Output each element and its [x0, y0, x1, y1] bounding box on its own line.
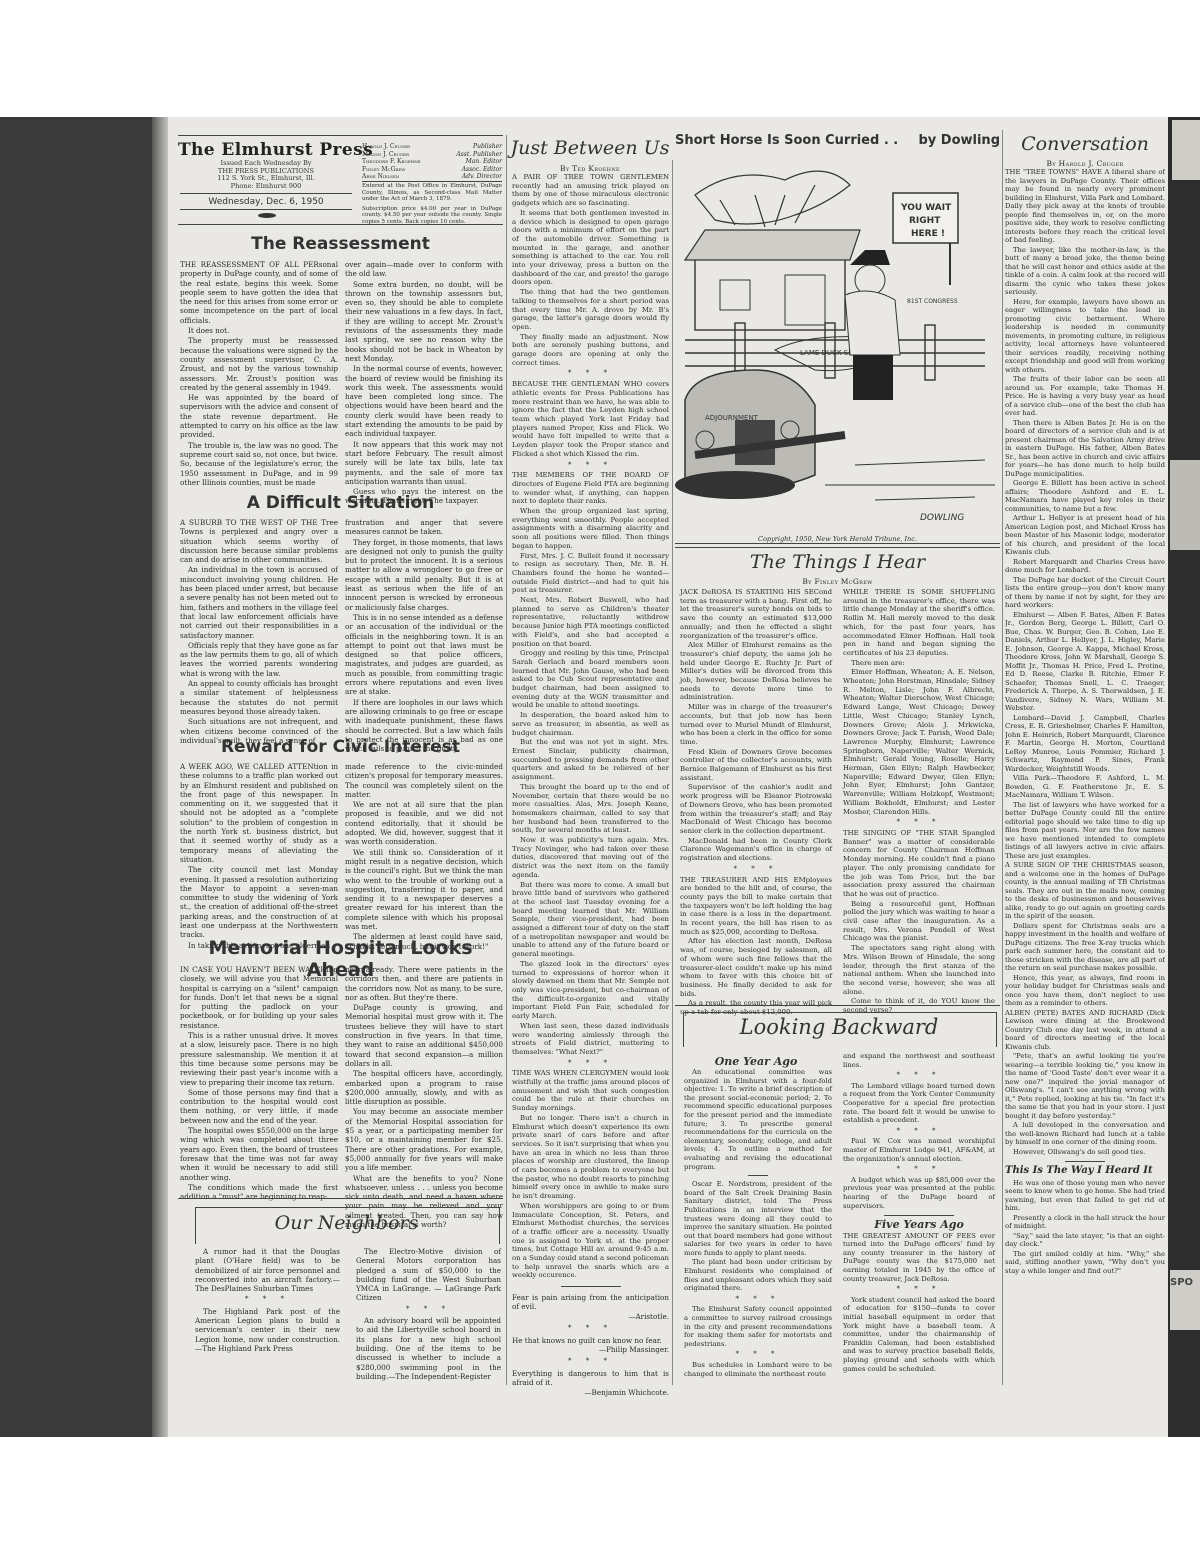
editorial-cartoon-illustration: LAME DUCK SESSION YOU WAIT RIGHT HERE ! …: [675, 155, 1000, 535]
article-reassessment-col1: THE REASSESSMENT OF ALL PERsonal propert…: [180, 260, 338, 488]
cartoon-copyright: Copyright, 1950, New York Herald Tribune…: [675, 535, 1000, 543]
section-rule: [675, 1005, 1000, 1006]
looking-backward-col1: An educational committee was organized i…: [684, 1068, 832, 1379]
issue-date: Wednesday, Dec. 6, 1950: [180, 197, 352, 207]
headline-our-neighbors: Our Neighbors: [195, 1212, 498, 1234]
masthead-top-rule: [178, 135, 503, 136]
masthead-phone: Phone: Elmhurst 900: [180, 183, 352, 191]
section-rule: [178, 1198, 503, 1199]
staff-rule: [362, 181, 502, 182]
looking-backward-col2: and expand the northwest and southeast l…: [843, 1052, 995, 1374]
subheadline-this-is-the-way: This Is The Way I Heard It: [1005, 1167, 1165, 1176]
adjacent-page-fragment: SPO: [1170, 1270, 1200, 1330]
article-memorial-hospital-col2: pear already. There were patients in the…: [345, 965, 503, 1230]
cartoon-headline: Short Horse Is Soon Curried . . by Dowli…: [675, 133, 1000, 148]
neighbors-col1: A rumor had it that the Douglas plant (O…: [195, 1247, 340, 1354]
quote: Everything is dangerous to him that is a…: [512, 1369, 669, 1397]
byline-finley-mcgrew: By Finley McGrew: [675, 577, 1000, 586]
headline-looking-backward: Looking Backward: [683, 1015, 995, 1039]
article-difficult-situation-col1: A SUBURB TO THE WEST OF THE Tree Towns i…: [180, 518, 338, 746]
cartoon-title: Short Horse Is Soon Curried . .: [675, 133, 898, 148]
column-divider: [506, 135, 507, 1385]
svg-text:YOU WAIT: YOU WAIT: [900, 203, 952, 213]
headline-civic-interest: Reward for Civic Interest: [178, 737, 503, 757]
adjacent-page-fragment: [1172, 120, 1200, 180]
adjacent-page-text: SPO: [1170, 1277, 1193, 1288]
headline-conversation: Conversation: [1005, 133, 1165, 155]
things-i-hear-col1: JACK DeROSA IS STARTING HIS SECond term …: [680, 588, 832, 1018]
article-reassessment-col2: over again—made over to conform with the…: [345, 260, 503, 507]
masthead-title: The Elmhurst Press: [178, 140, 373, 160]
headline-things-i-hear: The Things I Hear: [675, 551, 1000, 573]
subhead-five-years-ago: Five Years Ago: [843, 1221, 995, 1230]
article-civic-interest-col2: made reference to the civic-minded citiz…: [345, 762, 503, 952]
svg-text:HERE !: HERE !: [911, 229, 945, 239]
svg-text:RIGHT: RIGHT: [909, 216, 941, 226]
masthead-info: Issued Each Wednesday By THE PRESS PUBLI…: [180, 160, 352, 190]
cartoon-artist-credit: by Dowling: [918, 133, 1000, 148]
byline-harold-cruger: By Harold J. Cruger: [1005, 159, 1165, 168]
headline-difficult-situation: A Difficult Situation: [178, 493, 503, 513]
headline-just-between-us: Just Between Us: [510, 137, 670, 159]
column-divider: [1002, 130, 1003, 1385]
subhead-one-year-ago: One Year Ago: [680, 1055, 832, 1068]
quote: Fear is pain arising from the anticipati…: [512, 1293, 669, 1321]
svg-text:DOWLING: DOWLING: [920, 513, 964, 523]
svg-text:81ST CONGRESS: 81ST CONGRESS: [907, 298, 958, 305]
adjacent-page-fragment: [1170, 460, 1200, 550]
headline-reassessment: The Reassessment: [178, 234, 503, 254]
adjacent-page-edge: [1168, 117, 1200, 1437]
union-label-icon: [258, 213, 276, 218]
staff-list: Harold J. CrugerPublisher Melvin J. Crug…: [362, 143, 502, 181]
cartoon-rule: [675, 543, 1000, 548]
column-just-between-us: A PAIR OF TREE TOWN GENTLEMEN recently h…: [512, 173, 669, 1400]
neighbors-col2: The Electro-Motive division of General M…: [356, 1247, 501, 1382]
article-memorial-hospital-col1: IN CASE YOU HAVEN'T BEEN WATCHing closel…: [180, 965, 338, 1202]
postal-notice: Entered at the Post Office in Elmhurst, …: [362, 183, 502, 225]
masthead-bottom-rule: [178, 224, 503, 225]
date-rule-bottom: [180, 209, 352, 210]
article-difficult-situation-col2: frustration and anger that severe measur…: [345, 518, 503, 754]
svg-text:ADJOURNMENT: ADJOURNMENT: [705, 414, 759, 422]
quote: He that knows no guilt can know no fear.…: [512, 1336, 669, 1355]
things-i-hear-col2: WHILE THERE IS SOME SHUFFLING around in …: [843, 588, 995, 1016]
byline-ted-kroehne: By Ted Kroehne: [510, 164, 670, 173]
column-divider: [672, 160, 673, 1385]
column-conversation: THE "TREE TOWNS" HAVE A liberal share of…: [1005, 168, 1165, 1348]
date-rule-top: [180, 193, 352, 194]
article-civic-interest-col1: A WEEK AGO, WE CALLED ATTENtion in these…: [180, 762, 338, 951]
